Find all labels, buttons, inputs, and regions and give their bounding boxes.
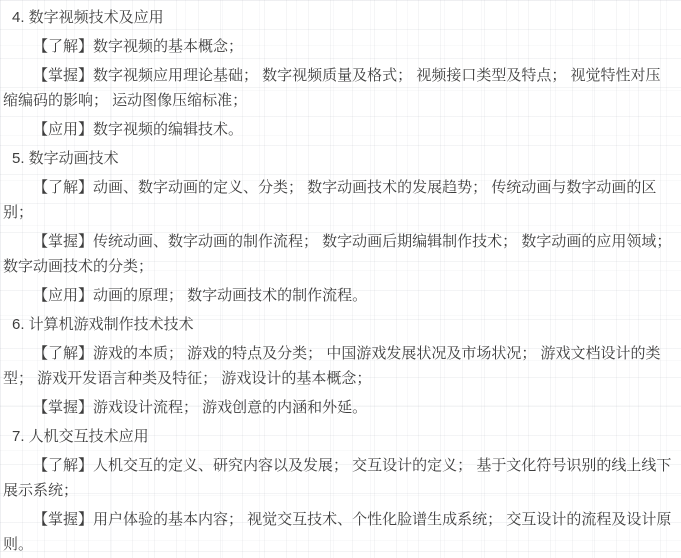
section-heading: 7. 人机交互技术应用 — [3, 424, 675, 449]
document-page: 4. 数字视频技术及应用 【了解】数字视频的基本概念； 【掌握】数字视频应用理论… — [0, 0, 681, 558]
paragraph-apply: 【应用】动画的原理； 数字动画技术的制作流程。 — [3, 283, 675, 308]
section-heading: 6. 计算机游戏制作技术技术 — [3, 312, 675, 337]
paragraph-understand: 【了解】游戏的本质； 游戏的特点及分类； 中国游戏发展状况及市场状况； 游戏文档… — [3, 341, 675, 391]
section-heading: 4. 数字视频技术及应用 — [3, 5, 675, 30]
paragraph-master: 【掌握】数字视频应用理论基础； 数字视频质量及格式； 视频接口类型及特点； 视觉… — [3, 63, 675, 113]
section-digital-animation: 5. 数字动画技术 【了解】动画、数字动画的定义、分类； 数字动画技术的发展趋势… — [3, 146, 675, 308]
paragraph-master: 【掌握】传统动画、数字动画的制作流程； 数字动画后期编辑制作技术； 数字动画的应… — [3, 229, 675, 279]
section-digital-video: 4. 数字视频技术及应用 【了解】数字视频的基本概念； 【掌握】数字视频应用理论… — [3, 5, 675, 142]
paragraph-understand: 【了解】数字视频的基本概念； — [3, 34, 675, 59]
paragraph-apply: 【应用】数字视频的编辑技术。 — [3, 117, 675, 142]
paragraph-master: 【掌握】游戏设计流程； 游戏创意的内涵和外延。 — [3, 395, 675, 420]
paragraph-understand: 【了解】动画、数字动画的定义、分类； 数字动画技术的发展趋势； 传统动画与数字动… — [3, 175, 675, 225]
section-hci: 7. 人机交互技术应用 【了解】人机交互的定义、研究内容以及发展； 交互设计的定… — [3, 424, 675, 557]
paragraph-understand: 【了解】人机交互的定义、研究内容以及发展； 交互设计的定义； 基于文化符号识别的… — [3, 453, 675, 503]
section-heading: 5. 数字动画技术 — [3, 146, 675, 171]
section-computer-games: 6. 计算机游戏制作技术技术 【了解】游戏的本质； 游戏的特点及分类； 中国游戏… — [3, 312, 675, 420]
paragraph-master: 【掌握】用户体验的基本内容； 视觉交互技术、个性化脸谱生成系统； 交互设计的流程… — [3, 507, 675, 557]
